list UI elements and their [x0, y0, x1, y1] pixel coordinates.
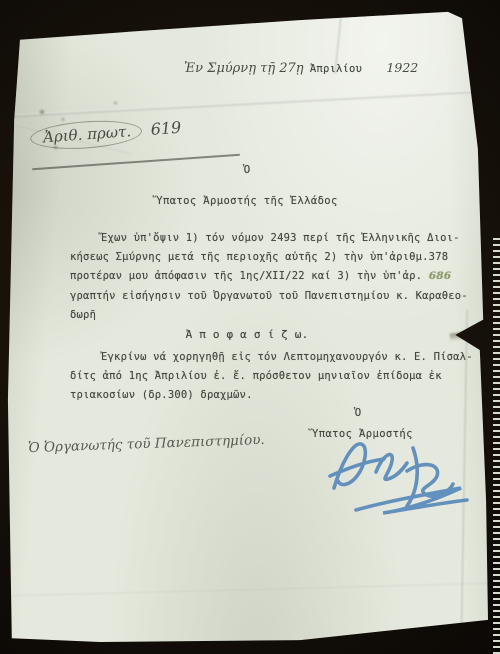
dateline-place-day: Ἐν Σμύρνῃ τῇ 27ῃ [184, 61, 304, 76]
dateline: Ἐν Σμύρνῃ τῇ 27ῃ Ἀπριλίου 1922 [184, 60, 418, 76]
body-line: τριακοσίων (δρ.300) δραχμῶν. [70, 386, 470, 405]
heading-title: Ὕπατος Ἁρμοστής τῆς Ἑλλάδος [6, 195, 488, 207]
dateline-year: 1922 [386, 60, 418, 75]
paragraph-considerations: Ἔχων ὑπ'ὄψιν 1) τόν νόμον 2493 περί τῆς … [70, 229, 470, 325]
stain-spot [62, 118, 64, 121]
document-paper: Ἐν Σμύρνῃ τῇ 27ῃ Ἀπριλίου 1922 Ἀριθ. πρω… [6, 10, 488, 642]
body-line-text: προτέραν μου ἀπόφασιν τῆς 1ης/XII/22 καί… [70, 270, 429, 282]
body-line: δωρῆ [70, 306, 470, 325]
protocol-prefix: Ἀριθ. πρωτ. [29, 117, 143, 152]
body-line: Ἔχων ὑπ'ὄψιν 1) τόν νόμον 2493 περί τῆς … [70, 229, 470, 248]
dateline-month: Ἀπριλίου [310, 63, 362, 75]
signature-scribble [328, 430, 478, 518]
stain-spot [114, 102, 117, 104]
crease-horizontal-top [6, 89, 487, 117]
protocol-number: Ἀριθ. πρωτ. 619 [29, 115, 182, 152]
photo-scene: Ἐν Σμύρνῃ τῇ 27ῃ Ἀπριλίου 1922 Ἀριθ. πρω… [0, 0, 500, 654]
stain-spot [40, 110, 44, 114]
body-line: γραπτήν εἰσήγησιν τοῦ Ὀργανωτοῦ τοῦ Πανε… [70, 287, 470, 306]
paragraph-decision: Ἐγκρίνω νά χορηγηθῇ εἰς τόν Λεπτομηχανου… [70, 348, 470, 406]
closing-article: Ὁ [258, 406, 458, 419]
handwritten-number-green: 686 [429, 270, 452, 282]
heading-article: Ὁ [6, 163, 488, 176]
body-line: προτέραν μου ἀπόφασιν τῆς 1ης/XII/22 καί… [70, 267, 470, 286]
handwritten-organizer-note: Ὁ Ὀργανωτής τοῦ Πανεπιστημίου. [28, 432, 265, 456]
crease-horizontal-bottom [6, 582, 488, 597]
protocol-value: 619 [150, 118, 182, 139]
decision-word: Ἀ π ο φ α σ ί ζ ω. [6, 328, 488, 341]
body-line: Ἐγκρίνω νά χορηγηθῇ εἰς τόν Λεπτομηχανου… [70, 348, 470, 367]
film-edge-strip [493, 238, 500, 654]
body-line: κήσεως Σμύρνης μετά τῆς περιοχῆς αὐτῆς 2… [70, 248, 470, 267]
body-line: δίτς ἀπό 1ης Ἀπριλίου ἐ. ἔ. πρόσθετον μη… [70, 367, 470, 386]
